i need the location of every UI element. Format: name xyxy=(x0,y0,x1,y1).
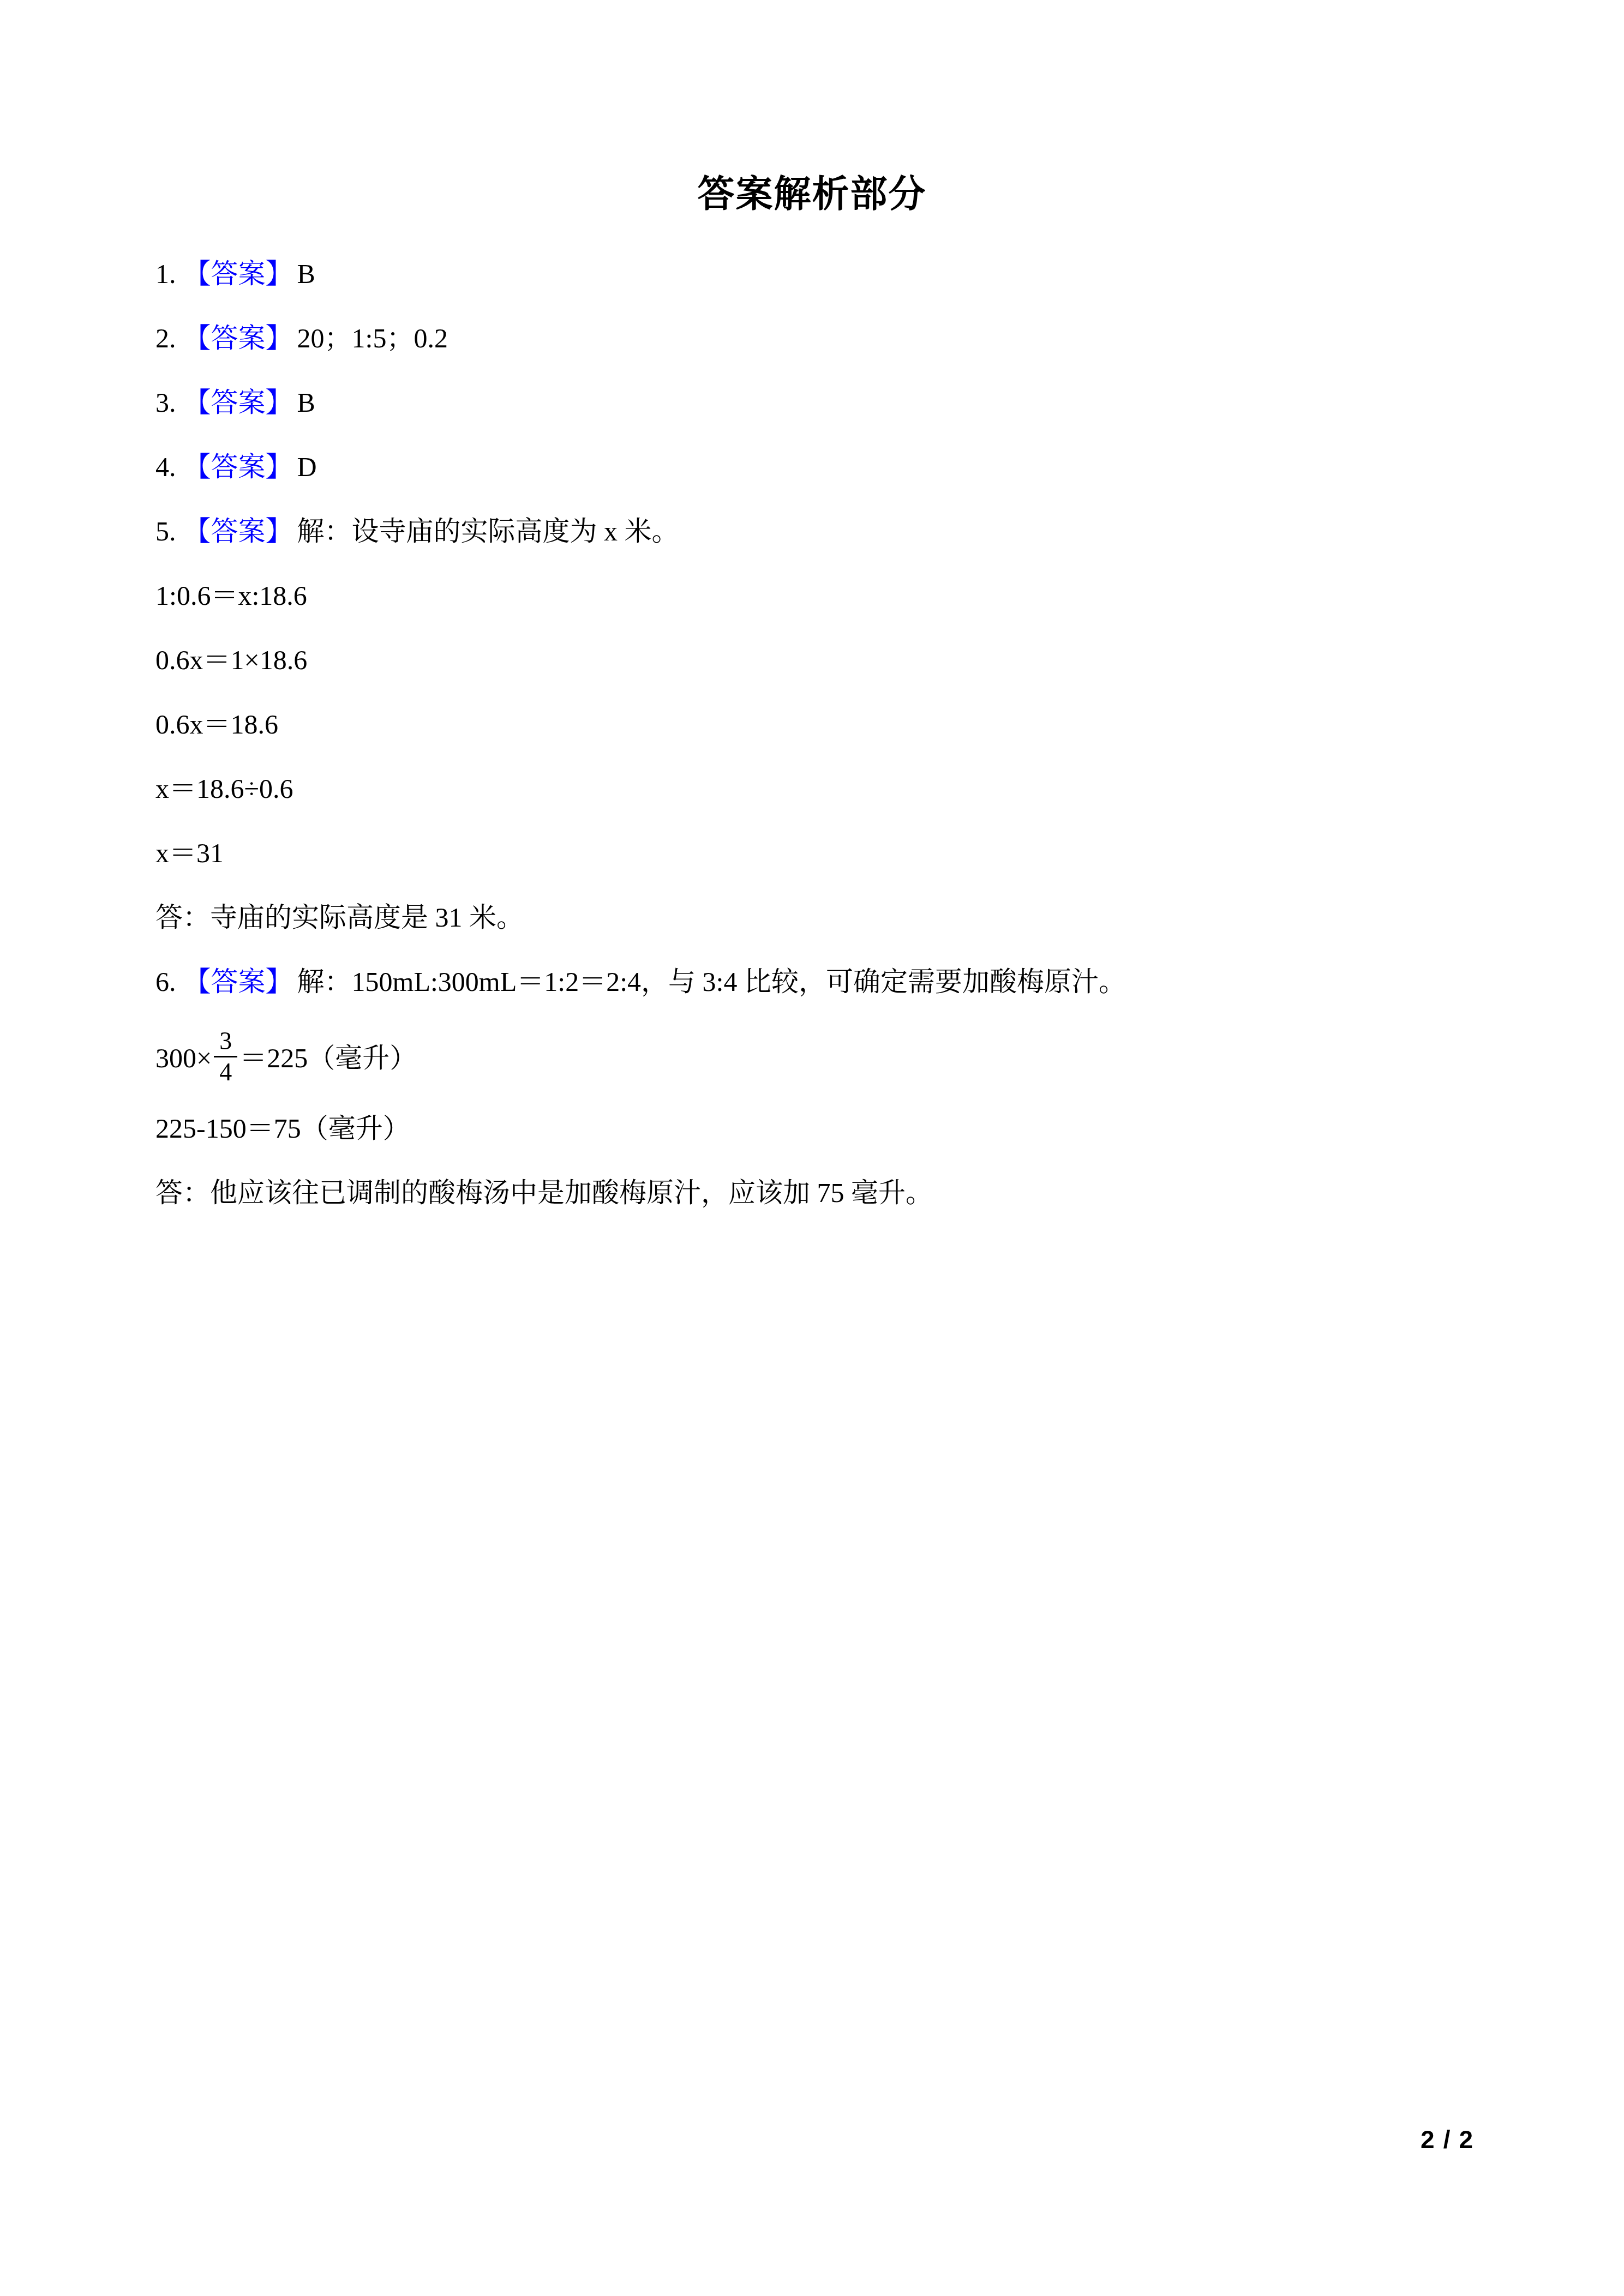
answer-text: 20；1:5；0.2 xyxy=(297,323,448,353)
page-number-total: 2 xyxy=(1459,2125,1473,2154)
document-page: 答案解析部分 1.【答案】B 2.【答案】20；1:5；0.2 3.【答案】B … xyxy=(0,0,1624,2296)
answer-item-6: 6.【答案】解：150mL:300mL＝1:2＝2:4，与 3:4 比较，可确定… xyxy=(155,966,1469,997)
page-title: 答案解析部分 xyxy=(155,173,1469,215)
page-number-current: 2 xyxy=(1421,2125,1435,2154)
answer-text: D xyxy=(297,452,317,482)
fraction-post-text: ＝225（毫升） xyxy=(239,1043,417,1073)
fraction-numerator: 3 xyxy=(214,1026,237,1056)
solution-step: 225-150＝75（毫升） xyxy=(155,1113,1469,1144)
answer-text: 解：设寺庙的实际高度为 x 米。 xyxy=(297,516,679,546)
answers-section: 答案解析部分 1.【答案】B 2.【答案】20；1:5；0.2 3.【答案】B … xyxy=(155,0,1469,1242)
answer-item-4: 4.【答案】D xyxy=(155,452,1469,482)
solution-step: 0.6x＝1×18.6 xyxy=(155,645,1469,675)
answer-tag: 【答案】 xyxy=(184,387,293,418)
page-number-separator: / xyxy=(1443,2125,1451,2154)
solution-step: x＝31 xyxy=(155,838,1469,868)
solution-step: 1:0.6＝x:18.6 xyxy=(155,580,1469,611)
answer-tag: 【答案】 xyxy=(184,516,293,546)
answer-tag: 【答案】 xyxy=(184,452,293,482)
answer-item-5: 5.【答案】解：设寺庙的实际高度为 x 米。 xyxy=(155,516,1469,546)
answer-text: B xyxy=(297,387,315,418)
solution-conclusion: 答：寺庙的实际高度是 31 米。 xyxy=(155,902,1469,933)
answer-item-2: 2.【答案】20；1:5；0.2 xyxy=(155,323,1469,353)
answer-item-3: 3.【答案】B xyxy=(155,387,1469,418)
answer-item-1: 1.【答案】B xyxy=(155,259,1469,289)
solution-conclusion: 答：他应该往已调制的酸梅汤中是加酸梅原汁，应该加 75 毫升。 xyxy=(155,1177,1469,1208)
answer-tag: 【答案】 xyxy=(184,966,293,997)
fraction-pre-text: 300× xyxy=(155,1043,212,1073)
answer-text: B xyxy=(297,259,315,289)
item-number: 6. xyxy=(155,966,176,997)
item-number: 3. xyxy=(155,387,176,418)
fraction-denominator: 4 xyxy=(214,1056,237,1087)
solution-step: 0.6x＝18.6 xyxy=(155,709,1469,740)
solution-step-fraction: 300×34＝225（毫升） xyxy=(155,1031,1469,1091)
item-number: 1. xyxy=(155,259,176,289)
item-number: 5. xyxy=(155,516,176,546)
item-number: 2. xyxy=(155,323,176,353)
answer-text: 解：150mL:300mL＝1:2＝2:4，与 3:4 比较，可确定需要加酸梅原… xyxy=(297,966,1126,997)
solution-step: x＝18.6÷0.6 xyxy=(155,773,1469,804)
item-number: 4. xyxy=(155,452,176,482)
answer-tag: 【答案】 xyxy=(184,323,293,353)
fraction: 34 xyxy=(214,1026,237,1087)
page-footer: 2/2 xyxy=(1421,2126,1473,2153)
answer-tag: 【答案】 xyxy=(184,259,293,289)
